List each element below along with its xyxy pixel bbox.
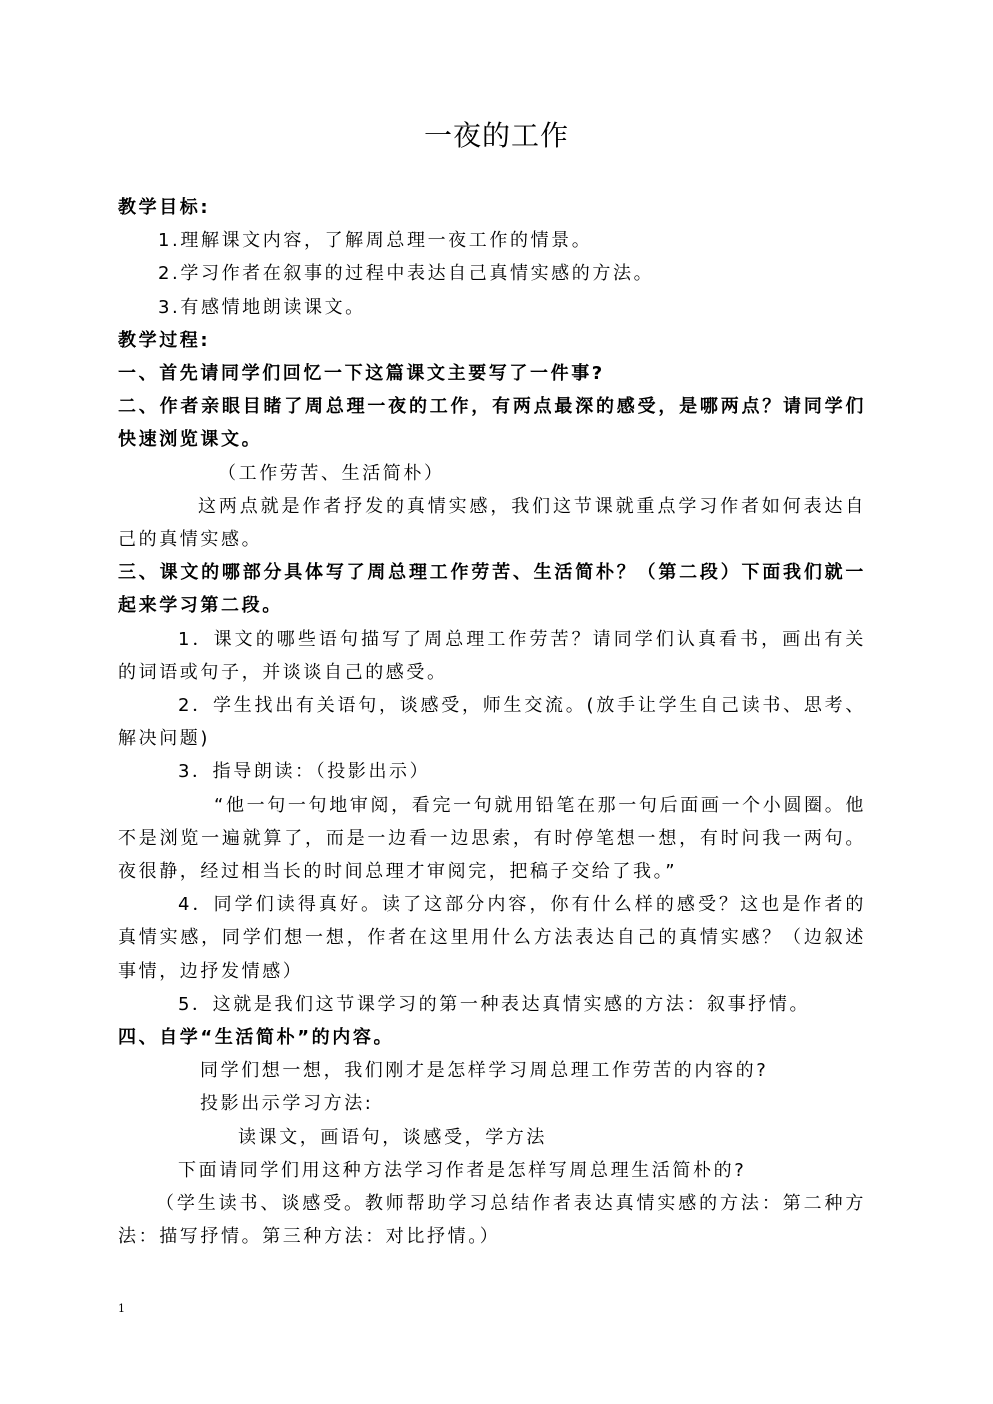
section-1-heading: 一、首先请同学们回忆一下这篇课文主要写了一件事?: [118, 357, 866, 390]
objective-item: 2.学习作者在叙事的过程中表达自己真情实感的方法。: [118, 257, 866, 290]
section-2-heading: 二、作者亲眼目睹了周总理一夜的工作，有两点最深的感受，是哪两点？请同学们快速浏览…: [118, 390, 866, 456]
section-3-step: 1．课文的哪些语句描写了周总理工作劳苦？请同学们认真看书，画出有关的词语或句子，…: [118, 623, 866, 689]
section-3-step: 4．同学们读得真好。读了这部分内容，你有什么样的感受？这也是作者的真情实感，同学…: [118, 888, 866, 988]
document-body: 教学目标: 1.理解课文内容，了解周总理一夜工作的情景。 2.学习作者在叙事的过…: [118, 191, 866, 1253]
section-3-heading: 三、课文的哪部分具体写了周总理工作劳苦、生活简朴？（第二段）下面我们就一起来学习…: [118, 556, 866, 622]
section-2-answer: （工作劳苦、生活简朴）: [118, 457, 866, 490]
study-method: 读课文，画语句，谈感受，学方法: [118, 1121, 866, 1154]
objectives-heading: 教学目标:: [118, 191, 866, 224]
section-4-line: 同学们想一想，我们刚才是怎样学习周总理工作劳苦的内容的?: [118, 1054, 866, 1087]
section-3-step: 3．指导朗读：（投影出示）: [118, 755, 866, 788]
section-4-heading: 四、自学“生活简朴”的内容。: [118, 1021, 866, 1054]
objective-item: 3.有感情地朗读课文。: [118, 291, 866, 324]
section-4-line: 下面请同学们用这种方法学习作者是怎样写周总理生活简朴的?: [118, 1154, 866, 1187]
document-page: 一夜的工作 教学目标: 1.理解课文内容，了解周总理一夜工作的情景。 2.学习作…: [0, 0, 993, 1404]
page-number: 1: [118, 1302, 125, 1316]
process-heading: 教学过程:: [118, 324, 866, 357]
section-4-summary: （学生读书、谈感受。教师帮助学习总结作者表达真情实感的方法：第二种方法：描写抒情…: [118, 1187, 866, 1253]
section-4-line: 投影出示学习方法:: [118, 1087, 866, 1120]
section-3-step: 5．这就是我们这节课学习的第一种表达真情实感的方法：叙事抒情。: [118, 988, 866, 1021]
quoted-passage: “他一句一句地审阅，看完一句就用铅笔在那一句后面画一个小圆圈。他不是浏览一遍就算…: [118, 789, 866, 889]
section-2-note: 这两点就是作者抒发的真情实感，我们这节课就重点学习作者如何表达自己的真情实感。: [118, 490, 866, 556]
section-3-step: 2．学生找出有关语句，谈感受，师生交流。(放手让学生自己读书、思考、解决问题): [118, 689, 866, 755]
objective-item: 1.理解课文内容，了解周总理一夜工作的情景。: [118, 224, 866, 257]
document-title: 一夜的工作: [0, 118, 993, 154]
